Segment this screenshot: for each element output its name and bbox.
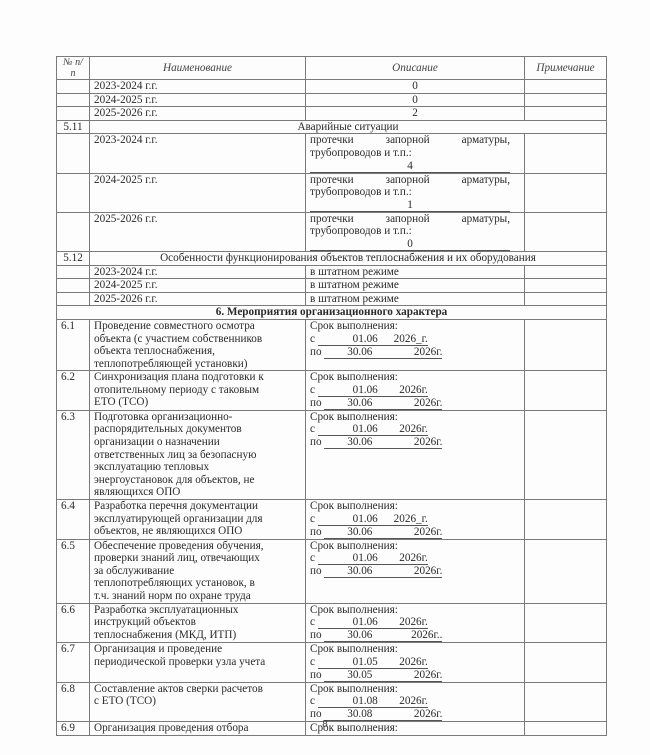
to-date: 30.06 [324, 398, 372, 410]
name-line: теплоснабжения (МКД, ИТП) [94, 629, 301, 642]
row-note [525, 107, 607, 121]
table-row: 2023-2024 г.г.0 [57, 80, 607, 94]
row-number: 6.6 [57, 603, 90, 643]
from-label: с [310, 552, 315, 564]
deadline-label: Срок выполнения: [310, 371, 520, 384]
row-name: Обеспечение проведения обучения,проверки… [90, 539, 306, 603]
row-number [57, 292, 90, 306]
section-6-header: 6. Мероприятия организационного характер… [57, 306, 607, 320]
row-deadline: Срок выполнения:с 01.062026_г.по 30.0620… [306, 500, 525, 540]
row-deadline: Срок выполнения:с 01.062026г.по 30.06202… [306, 539, 525, 603]
deadline-from: с 01.062026г. [310, 616, 520, 629]
row-note [525, 410, 607, 499]
name-line: инструкций объектов [94, 616, 301, 629]
to-label: по [310, 397, 322, 409]
deadline-label: Срок выполнения: [310, 500, 520, 513]
from-date: 01.06 [318, 424, 378, 436]
name-line: отопительному периоду с таковым [94, 384, 301, 397]
deadline-label: Срок выполнения: [310, 683, 520, 696]
to-date: 30.06 [324, 437, 372, 449]
deadline-label: Срок выполнения: [310, 604, 520, 617]
row-deadline: Срок выполнения:с 01.082026г.по 30.08202… [306, 682, 525, 722]
section-title: 6. Мероприятия организационного характер… [57, 306, 607, 320]
row-period: 2025-2026 г.г. [90, 212, 306, 251]
name-line: периодической проверки узла учета [94, 656, 301, 669]
row-period: 2024-2025 г.г. [90, 279, 306, 293]
name-line: распорядительных документов [94, 423, 301, 436]
from-date: 01.06 [318, 553, 378, 565]
table-row: 2024-2025 г.г.протечки запорной арматуры… [57, 173, 607, 212]
row-note [525, 265, 607, 279]
row-deadline: Срок выполнения:с 01.062026г.по 30.06202… [306, 603, 525, 643]
to-year: 2026г. [372, 670, 442, 682]
to-year: 2026г. [372, 527, 442, 539]
table-row: 6.8Составление актов сверки расчетовс ЕТ… [57, 682, 607, 722]
from-year: 2026_г. [378, 514, 428, 526]
row-note [525, 539, 607, 603]
description-line: протечки запорной арматуры, [310, 134, 510, 147]
deadline-to: по 30.062026г. [310, 565, 520, 578]
to-year: 2026г. [372, 437, 442, 449]
description-line: трубопроводов и т.п.: [310, 186, 510, 199]
to-date: 30.06 [324, 566, 372, 578]
from-year: 2026г. [378, 385, 428, 397]
row-note [525, 319, 607, 370]
table-row: 2024-2025 г.г.0 [57, 93, 607, 107]
row-description: протечки запорной арматуры,трубопроводов… [306, 212, 525, 251]
from-label: с [310, 384, 315, 396]
row-value: 0 [306, 80, 525, 94]
row-note [525, 603, 607, 643]
table-row: 6.1Проведение совместного осмотраобъекта… [57, 319, 607, 370]
table-row: 2025-2026 г.г.2 [57, 107, 607, 121]
row-description: протечки запорной арматуры,трубопроводов… [306, 134, 525, 173]
row-period: 2023-2024 г.г. [90, 265, 306, 279]
from-label: с [310, 616, 315, 628]
from-label: с [310, 656, 315, 668]
row-note [525, 292, 607, 306]
from-date: 01.06 [318, 617, 378, 629]
name-line: объекта теплоснабжения, [94, 345, 301, 358]
to-date: 30.06 [324, 630, 372, 642]
table-row: 2023-2024 г.г.в штатном режиме [57, 265, 607, 279]
table-header-row: № п/п Наименование Описание Примечание [57, 57, 607, 80]
table-row: 6.7Организация и проведениепериодической… [57, 643, 607, 683]
row-note [525, 134, 607, 173]
deadline-to: по 30.052026г. [310, 669, 520, 682]
measures-table: № п/п Наименование Описание Примечание 2… [56, 56, 607, 736]
row-number [57, 212, 90, 251]
name-line: с ЕТО (ТСО) [94, 695, 301, 708]
row-name: Разработка перечня документацииэксплуати… [90, 500, 306, 540]
deadline-from: с 01.062026г. [310, 552, 520, 565]
table-row: 2025-2026 г.г.в штатном режиме [57, 292, 607, 306]
table-row: 2023-2024 г.г.протечки запорной арматуры… [57, 134, 607, 173]
row-number [57, 80, 90, 94]
name-line: Составление актов сверки расчетов [94, 683, 301, 696]
to-label: по [310, 565, 322, 577]
row-period: 2025-2026 г.г. [90, 107, 306, 121]
row-name: Составление актов сверки расчетовс ЕТО (… [90, 682, 306, 722]
section-title: Аварийные ситуации [90, 120, 607, 134]
row-number: 6.8 [57, 682, 90, 722]
from-year: 2026_г. [378, 334, 428, 346]
row-number [57, 134, 90, 173]
table-row: 6.2Синхронизация плана подготовки котопи… [57, 371, 607, 411]
from-label: с [310, 423, 315, 435]
row-period: 2023-2024 г.г. [90, 134, 306, 173]
document-page: № п/п Наименование Описание Примечание 2… [0, 0, 650, 755]
deadline-from: с 01.062026г. [310, 423, 520, 436]
table-row: 2024-2025 г.г.в штатном режиме [57, 279, 607, 293]
row-note [525, 212, 607, 251]
to-date: 30.06 [324, 347, 372, 359]
row-number: 6.3 [57, 410, 90, 499]
row-number [57, 265, 90, 279]
name-line: Подготовка организационно- [94, 411, 301, 424]
from-year: 2026г. [378, 617, 428, 629]
row-name: Проведение совместного осмотраобъекта (с… [90, 319, 306, 370]
page-number: 8 [0, 718, 650, 730]
section-row-5-12: 5.12Особенности функционирования объекто… [57, 251, 607, 265]
table-row: 6.4Разработка перечня документацииэксплу… [57, 500, 607, 540]
deadline-to: по 30.062026г. [310, 436, 520, 449]
name-line: являющихся ОПО [94, 486, 301, 499]
row-deadline: Срок выполнения:с 01.052026г.по 30.05202… [306, 643, 525, 683]
deadline-from: с 01.082026г. [310, 695, 520, 708]
name-line: Синхронизация плана подготовки к [94, 371, 301, 384]
section-number: 5.12 [57, 251, 90, 265]
header-note: Примечание [525, 57, 607, 80]
table-row: 6.3Подготовка организационно-распорядите… [57, 410, 607, 499]
deadline-label: Срок выполнения: [310, 643, 520, 656]
name-line: организации о назначении [94, 436, 301, 449]
deadline-from: с 01.052026г. [310, 656, 520, 669]
from-year: 2026г. [378, 424, 428, 436]
deadline-from: с 01.062026г. [310, 384, 520, 397]
row-note [525, 80, 607, 94]
row-number: 6.1 [57, 319, 90, 370]
name-line: ЕТО (ТСО) [94, 396, 301, 409]
from-date: 01.06 [318, 514, 378, 526]
name-line: за обслуживание [94, 565, 301, 578]
to-year: 2026г. [372, 398, 442, 410]
name-line: объекта (с участием собственников [94, 333, 301, 346]
from-date: 01.05 [318, 657, 378, 669]
to-date: 30.06 [324, 527, 372, 539]
row-value: 2 [306, 107, 525, 121]
name-line: теплопотребляющих установок, в [94, 577, 301, 590]
description-line: протечки запорной арматуры, [310, 174, 510, 187]
from-year: 2026г. [378, 696, 428, 708]
table-row: 6.6Разработка эксплуатационныхинструкций… [57, 603, 607, 643]
name-line: Разработка эксплуатационных [94, 604, 301, 617]
row-number [57, 173, 90, 212]
header-number: № п/п [57, 57, 90, 80]
row-deadline: Срок выполнения:с 01.062026г.по 30.06202… [306, 371, 525, 411]
row-number: 6.4 [57, 500, 90, 540]
row-description: в штатном режиме [306, 265, 525, 279]
row-period: 2024-2025 г.г. [90, 93, 306, 107]
from-year: 2026г. [378, 657, 428, 669]
section-row-5-11: 5.11Аварийные ситуации [57, 120, 607, 134]
from-year: 2026г. [378, 553, 428, 565]
from-date: 01.06 [318, 385, 378, 397]
section-number: 5.11 [57, 120, 90, 134]
row-number [57, 107, 90, 121]
description-line: трубопроводов и т.п.: [310, 225, 510, 238]
row-period: 2023-2024 г.г. [90, 80, 306, 94]
to-label: по [310, 629, 322, 641]
filled-value: 0 [310, 238, 510, 251]
row-number [57, 93, 90, 107]
name-line: проверки знаний лиц, отвечающих [94, 552, 301, 565]
row-note [525, 371, 607, 411]
name-line: энергоустановок для объектов, не [94, 474, 301, 487]
table-row: 6.5Обеспечение проведения обучения,прове… [57, 539, 607, 603]
row-description: в штатном режиме [306, 292, 525, 306]
row-number [57, 279, 90, 293]
deadline-label: Срок выполнения: [310, 540, 520, 553]
to-year: 2026г. [372, 566, 442, 578]
deadline-label: Срок выполнения: [310, 320, 520, 333]
from-label: с [310, 333, 315, 345]
row-period: 2024-2025 г.г. [90, 173, 306, 212]
row-number: 6.2 [57, 371, 90, 411]
row-name: Разработка эксплуатационныхинструкций об… [90, 603, 306, 643]
row-deadline: Срок выполнения:с 01.062026г.по 30.06202… [306, 410, 525, 499]
name-line: Обеспечение проведения обучения, [94, 540, 301, 553]
description-line: трубопроводов и т.п.: [310, 147, 510, 160]
to-label: по [310, 526, 322, 538]
deadline-to: по 30.062026г.. [310, 629, 520, 642]
to-date: 30.05 [324, 670, 372, 682]
row-note [525, 93, 607, 107]
name-line: объектов, не являющихся ОПО [94, 525, 301, 538]
header-name: Наименование [90, 57, 306, 80]
row-name: Синхронизация плана подготовки котопител… [90, 371, 306, 411]
header-description: Описание [306, 57, 525, 80]
from-date: 01.08 [318, 696, 378, 708]
deadline-from: с 01.062026_г. [310, 513, 520, 526]
row-note [525, 682, 607, 722]
description-line: протечки запорной арматуры, [310, 213, 510, 226]
row-deadline: Срок выполнения:с 01.062026_г.по 30.0620… [306, 319, 525, 370]
row-note [525, 173, 607, 212]
section-title: Особенности функционирования объектов те… [90, 251, 607, 265]
to-label: по [310, 436, 322, 448]
to-year: 2026г. [372, 347, 442, 359]
row-number: 6.7 [57, 643, 90, 683]
row-value: 0 [306, 93, 525, 107]
from-date: 01.06 [318, 334, 378, 346]
name-line: эксплуатацию тепловых [94, 461, 301, 474]
row-note [525, 500, 607, 540]
name-line: Разработка перечня документации [94, 500, 301, 513]
deadline-to: по 30.062026г. [310, 526, 520, 539]
to-year: 2026г.. [372, 630, 442, 642]
row-number: 6.5 [57, 539, 90, 603]
row-name: Подготовка организационно-распорядительн… [90, 410, 306, 499]
row-period: 2025-2026 г.г. [90, 292, 306, 306]
name-line: Организация и проведение [94, 643, 301, 656]
table-body: 2023-2024 г.г.02024-2025 г.г.02025-2026 … [57, 80, 607, 736]
row-description: протечки запорной арматуры,трубопроводов… [306, 173, 525, 212]
row-name: Организация и проведениепериодической пр… [90, 643, 306, 683]
name-line: Проведение совместного осмотра [94, 320, 301, 333]
name-line: т.ч. знаний норм по охране труда [94, 590, 301, 603]
row-description: в штатном режиме [306, 279, 525, 293]
name-line: эксплуатирующей организации для [94, 513, 301, 526]
name-line: ответственных лиц за безопасную [94, 449, 301, 462]
deadline-from: с 01.062026_г. [310, 333, 520, 346]
name-line: теплопотребляющей установки) [94, 358, 301, 371]
from-label: с [310, 513, 315, 525]
deadline-to: по 30.062026г. [310, 397, 520, 410]
to-label: по [310, 669, 322, 681]
filled-value: 4 [310, 160, 510, 173]
to-label: по [310, 346, 322, 358]
filled-value: 1 [310, 199, 510, 212]
from-label: с [310, 695, 315, 707]
row-note [525, 643, 607, 683]
table-row: 2025-2026 г.г.протечки запорной арматуры… [57, 212, 607, 251]
row-note [525, 279, 607, 293]
deadline-to: по 30.062026г. [310, 346, 520, 359]
deadline-label: Срок выполнения: [310, 411, 520, 424]
